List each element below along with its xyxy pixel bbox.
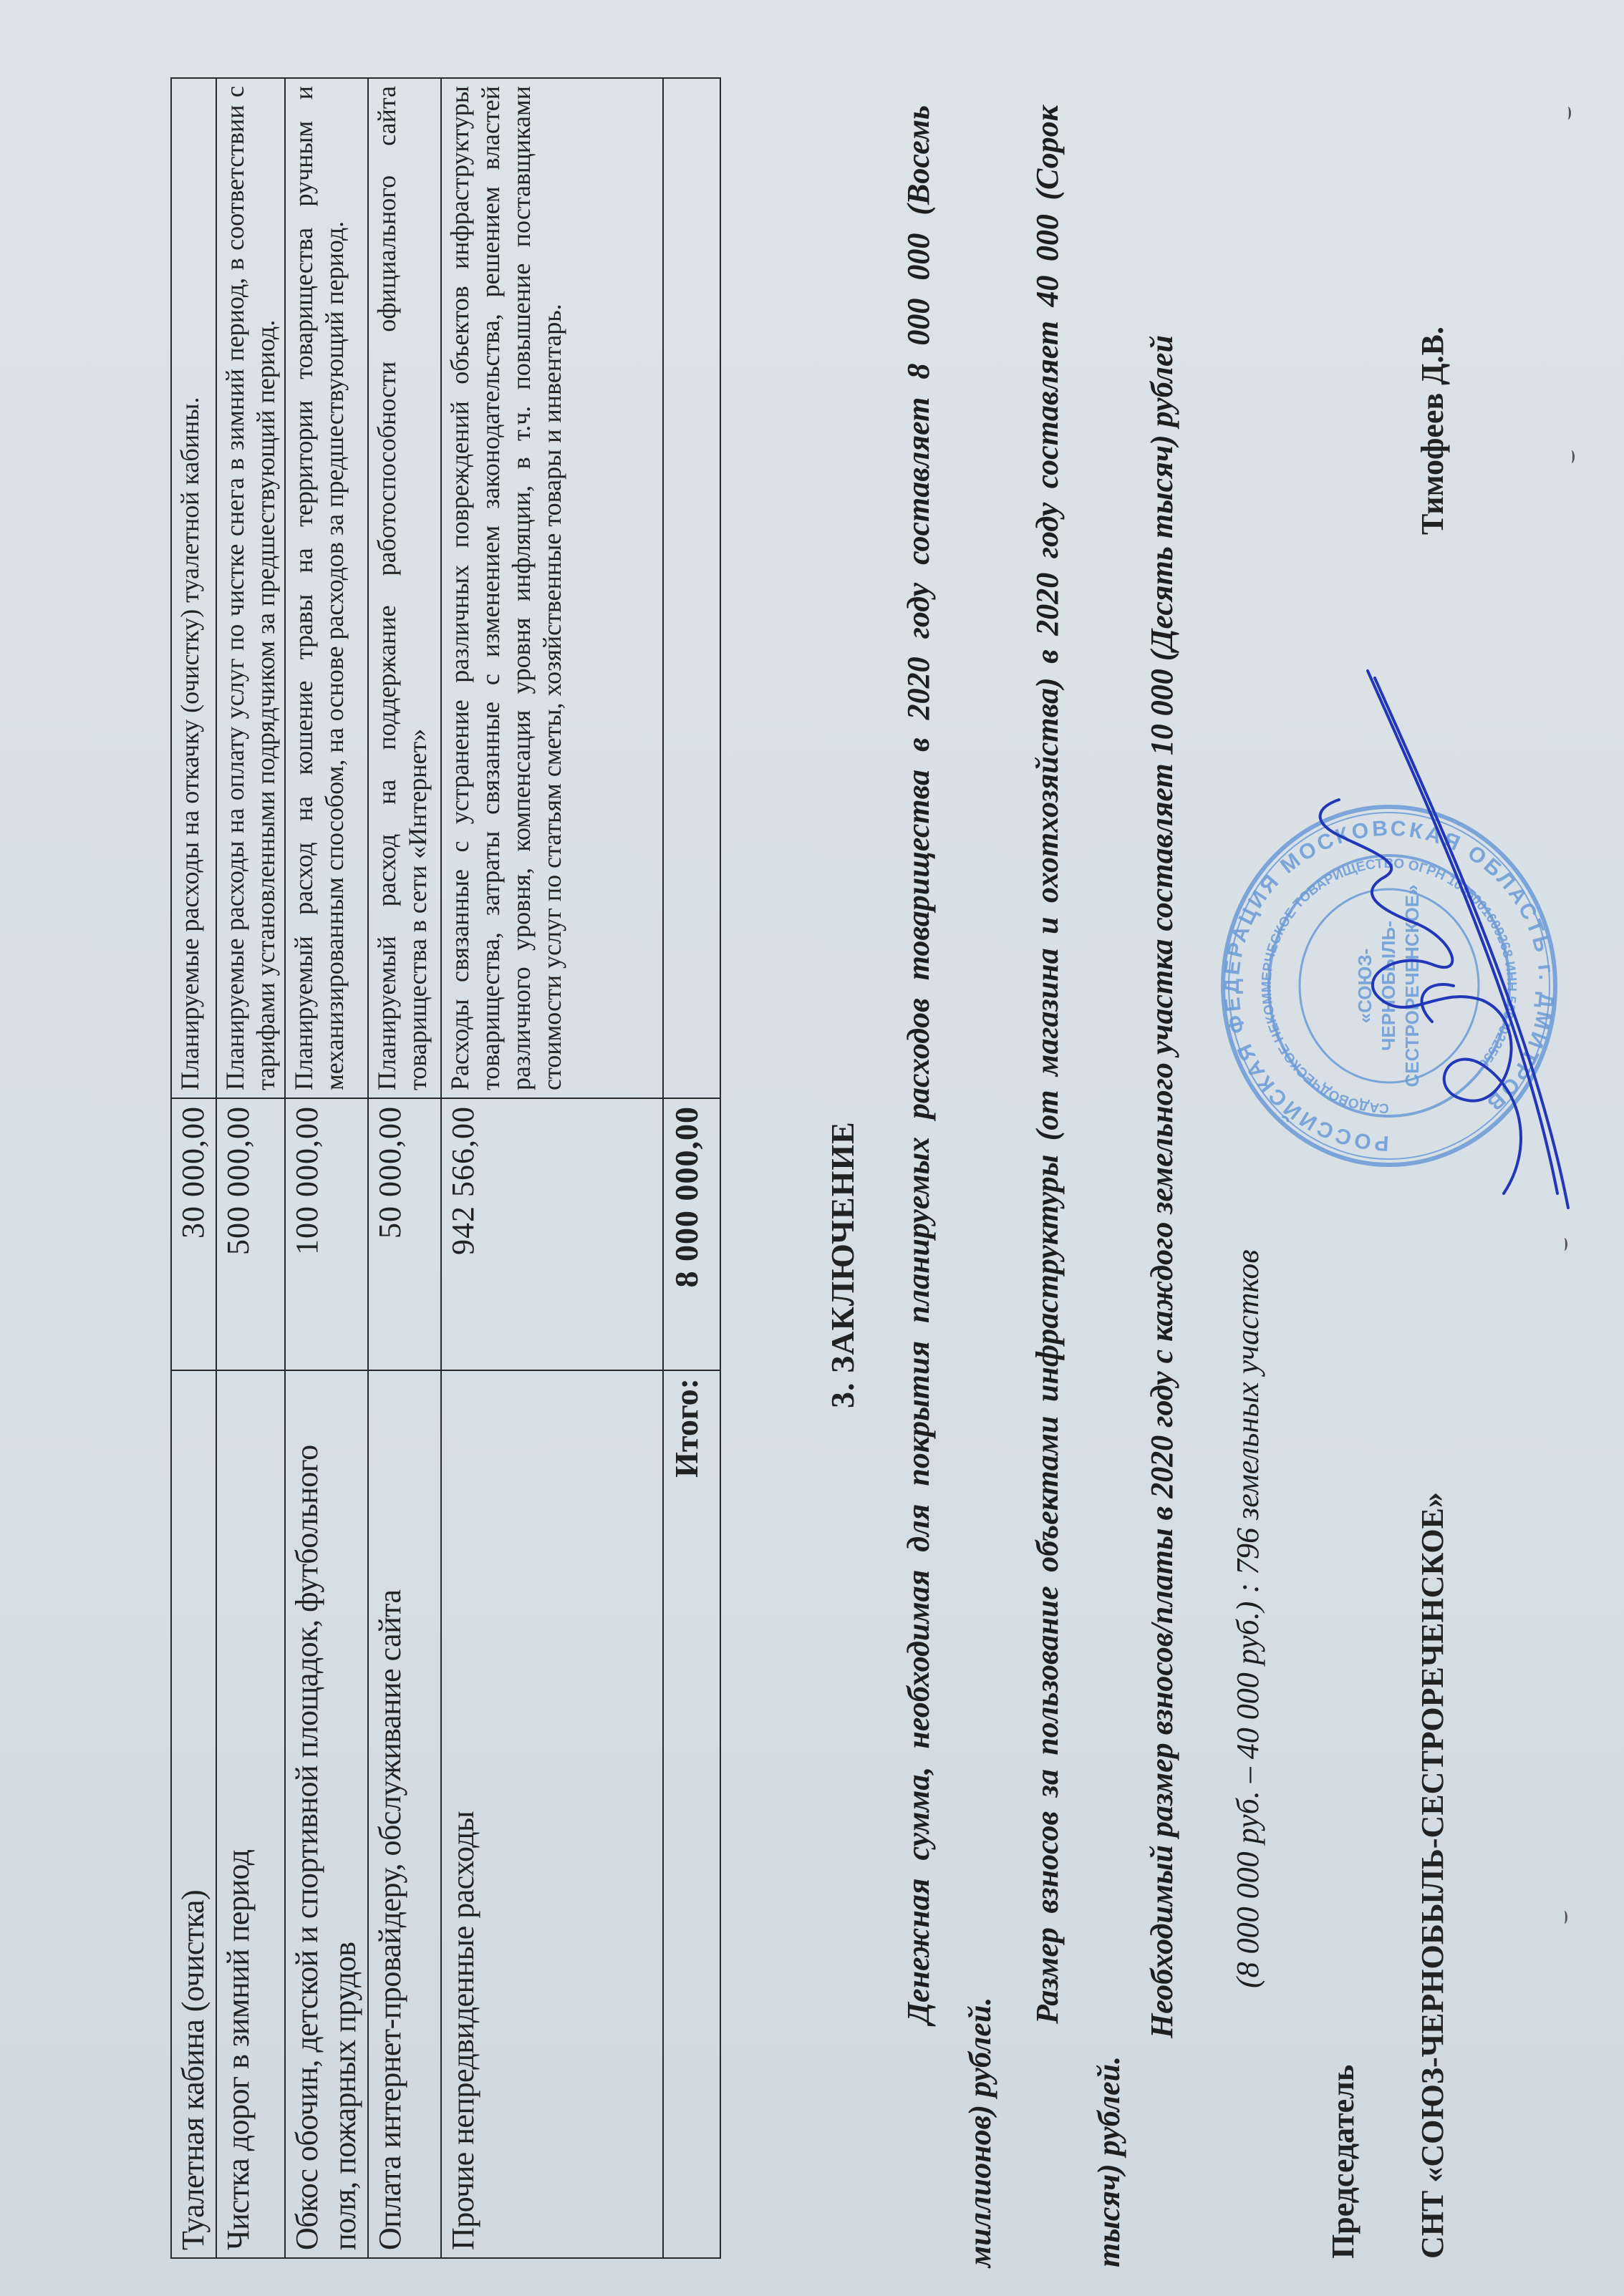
table-row: Прочие непредвиденные расходы 942 566,00…	[441, 78, 663, 2258]
document-page: Туалетная кабина (очистка) 30 000,00 Пла…	[0, 0, 1624, 2296]
total-row: Итого: 8 000 000,00	[663, 78, 720, 2258]
expense-name: Туалетная кабина (очистка)	[171, 1370, 216, 2258]
conclusion-paragraph-per-plot: Необходимый размер взносов/платы в 2020 …	[1131, 335, 1193, 2038]
expense-name: Прочие непредвиденные расходы	[441, 1370, 663, 2258]
expense-amount: 500 000,00	[216, 1098, 285, 1370]
conclusion-formula: (8 000 000 руб. – 40 000 руб.) : 796 зем…	[1217, 1250, 1279, 1988]
conclusion-paragraph-total: Денежная сумма, необходимая для покрытия…	[888, 105, 1011, 2267]
expense-name: Оплата интернет-провайдеру, обслуживание…	[368, 1370, 441, 2258]
paper-speck	[1568, 450, 1575, 463]
paper-speck	[1565, 107, 1571, 120]
table-row: Чистка дорог в зимний период 500 000,00 …	[216, 78, 285, 2258]
expense-amount: 942 566,00	[441, 1098, 663, 1370]
paper-speck	[1561, 1911, 1567, 1924]
paper-speck	[1561, 1238, 1567, 1251]
expense-description: Планируемые расходы на оплату услуг по ч…	[216, 78, 285, 1098]
table-row: Туалетная кабина (очистка) 30 000,00 Пла…	[171, 78, 216, 2258]
expense-description: Планируемые расходы на откачку (очистку)…	[171, 78, 216, 1098]
expense-description: Расходы связанные с устранение различных…	[441, 78, 663, 1098]
expense-description: Планируемый расход на кошение травы на т…	[285, 78, 368, 1098]
expense-description: Планируемый расход на поддержание работо…	[368, 78, 441, 1098]
total-empty-cell	[663, 78, 720, 1098]
conclusion-heading: 3. ЗАКЛЮЧЕНИЕ	[823, 1121, 861, 1408]
expense-amount: 30 000,00	[171, 1098, 216, 1370]
total-amount: 8 000 000,00	[663, 1098, 720, 1370]
conclusion-paragraph-infrastructure: Размер взносов за пользование объектами …	[1017, 105, 1140, 2267]
total-label: Итого:	[663, 1370, 720, 2258]
expense-amount: 50 000,00	[368, 1098, 441, 1370]
expense-name: Чистка дорог в зимний период	[216, 1370, 285, 2258]
expense-amount: 100 000,00	[285, 1098, 368, 1370]
signatory-title: Председатель	[1325, 2065, 1361, 2259]
organization-name: СНТ «СОЮЗ-ЧЕРНОБЫЛЬ-СЕСТРОРЕЧЕНСКОЕ»	[1414, 1492, 1451, 2259]
table-row: Обкос обочин, детской и спортивной площа…	[285, 78, 368, 2258]
expense-name: Обкос обочин, детской и спортивной площа…	[285, 1370, 368, 2258]
handwritten-signature-icon	[1196, 664, 1597, 1236]
budget-table: Туалетная кабина (очистка) 30 000,00 Пла…	[170, 77, 721, 2259]
signatory-name: Тимофеев Д.В.	[1414, 326, 1451, 535]
table-row: Оплата интернет-провайдеру, обслуживание…	[368, 78, 441, 2258]
